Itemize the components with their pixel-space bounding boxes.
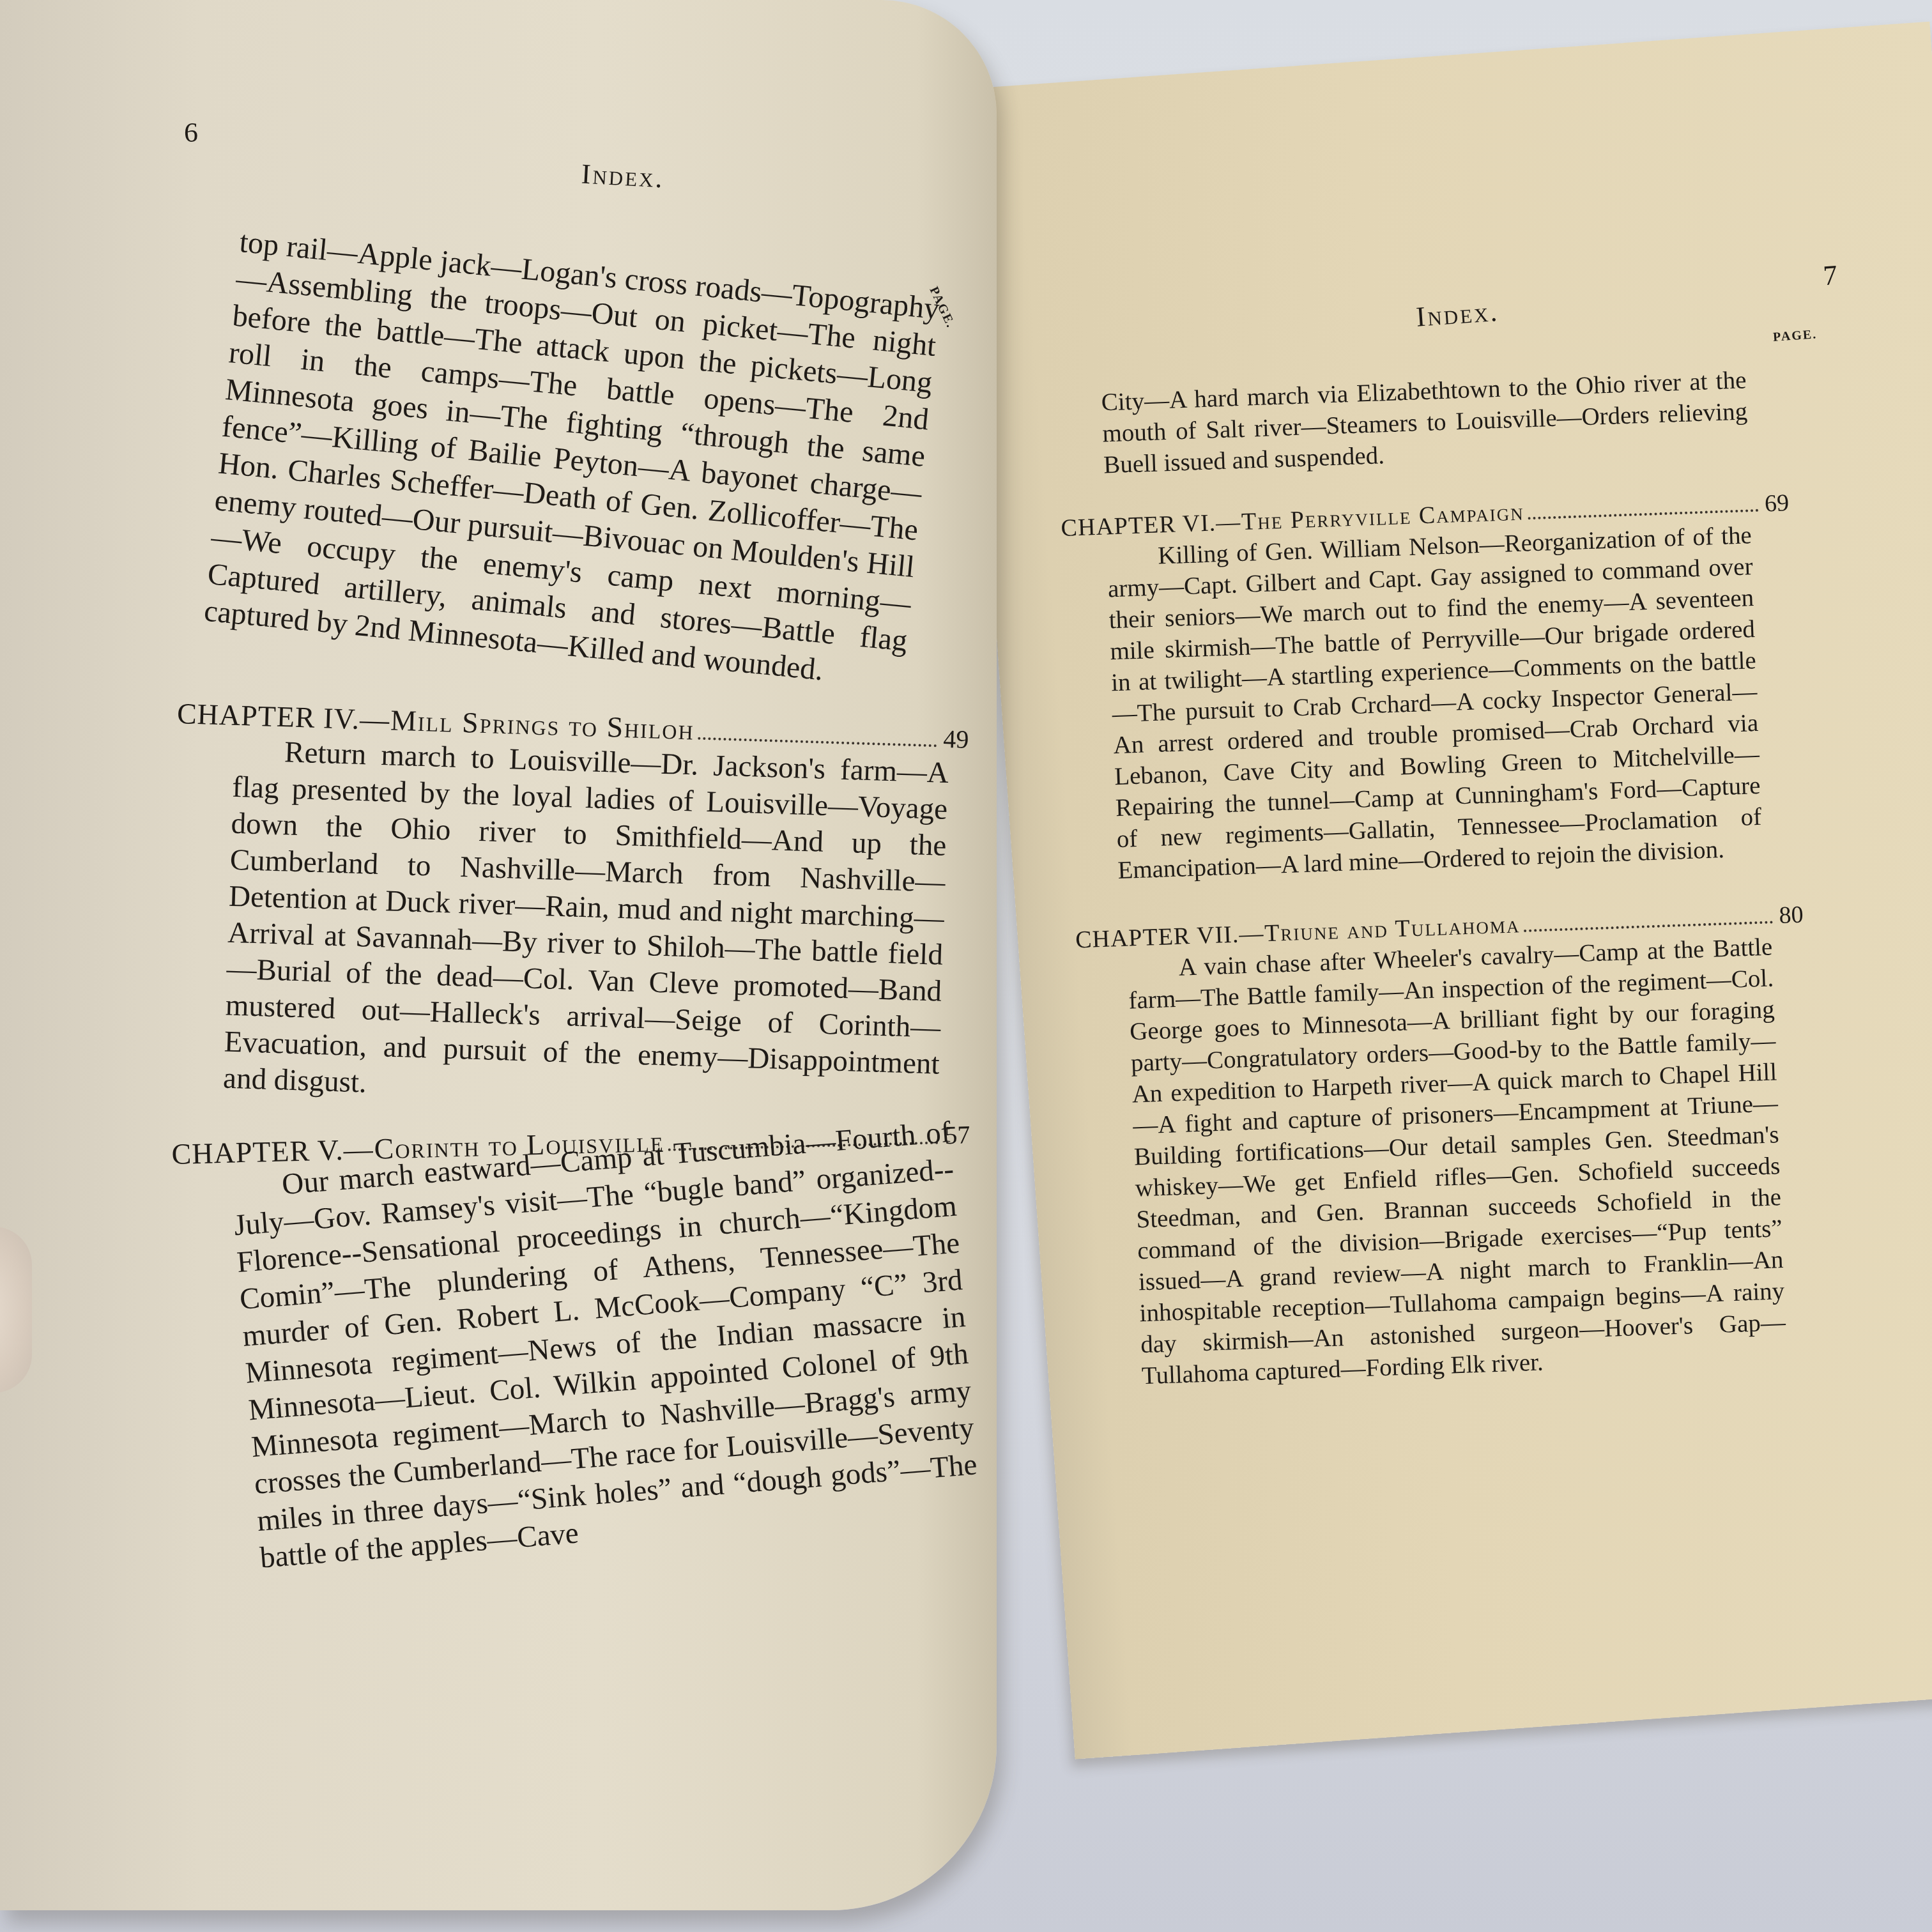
book-photo: 7 Index. PAGE. City—A hard march via Eli… (0, 0, 1932, 1932)
chapter-entry: CHAPTER VII. —Triune and Tullahoma 80 A … (1075, 901, 1819, 1393)
chapter-page-number: 80 (1779, 901, 1804, 930)
chapter-page-number: 49 (943, 724, 969, 755)
thumb (0, 1227, 32, 1393)
dot-leader (698, 737, 937, 747)
chapter-summary: Our march eastward—Camp at Tuscumbia—Fou… (229, 1114, 981, 1577)
chapter-summary: Killing of Gen. William Nelson—Reorganiz… (1107, 519, 1763, 886)
running-head: Index. (1415, 295, 1500, 333)
continued-entry-text: top rail—Apple jack—Logan's cross roads—… (203, 224, 941, 696)
chapter-entry: CHAPTER VI. —The Perryville Campaign 69 … (1061, 489, 1802, 887)
page-column-label: PAGE. (1772, 327, 1818, 345)
chapter-number: CHAPTER IV. (176, 696, 360, 736)
chapter-number: CHAPTER VI. (1061, 509, 1216, 542)
chapter-entry: CHAPTER IV. —Mill Springs to Shiloh 49 R… (165, 696, 969, 1120)
chapter-summary: A vain chase after Wheeler's cavalry—Cam… (1127, 931, 1787, 1391)
continued-entry: top rail—Apple jack—Logan's cross roads—… (203, 224, 941, 696)
dot-leader (1524, 921, 1772, 932)
chapter-page-number: 69 (1764, 489, 1790, 517)
chapter-summary: Return march to Louisville—Dr. Jackson's… (222, 733, 949, 1119)
page-number: 7 (1822, 259, 1839, 292)
left-page: 6 Index. PAGE. top rail—Apple jack—Logan… (0, 0, 997, 1910)
chapter-entry: CHAPTER V. —Corinth to Louisville 57 Our… (171, 1116, 981, 1579)
continued-entry-text: City—A hard march via Elizabethtown to t… (1101, 364, 1749, 480)
dot-leader (1528, 509, 1759, 520)
chapter-number: CHAPTER VII. (1075, 921, 1239, 954)
running-head: Index. (581, 158, 665, 195)
right-page: 7 Index. PAGE. City—A hard march via Eli… (958, 22, 1932, 1759)
right-page-content: City—A hard march via Elizabethtown to t… (1101, 363, 1825, 1392)
page-number: 6 (184, 116, 198, 149)
